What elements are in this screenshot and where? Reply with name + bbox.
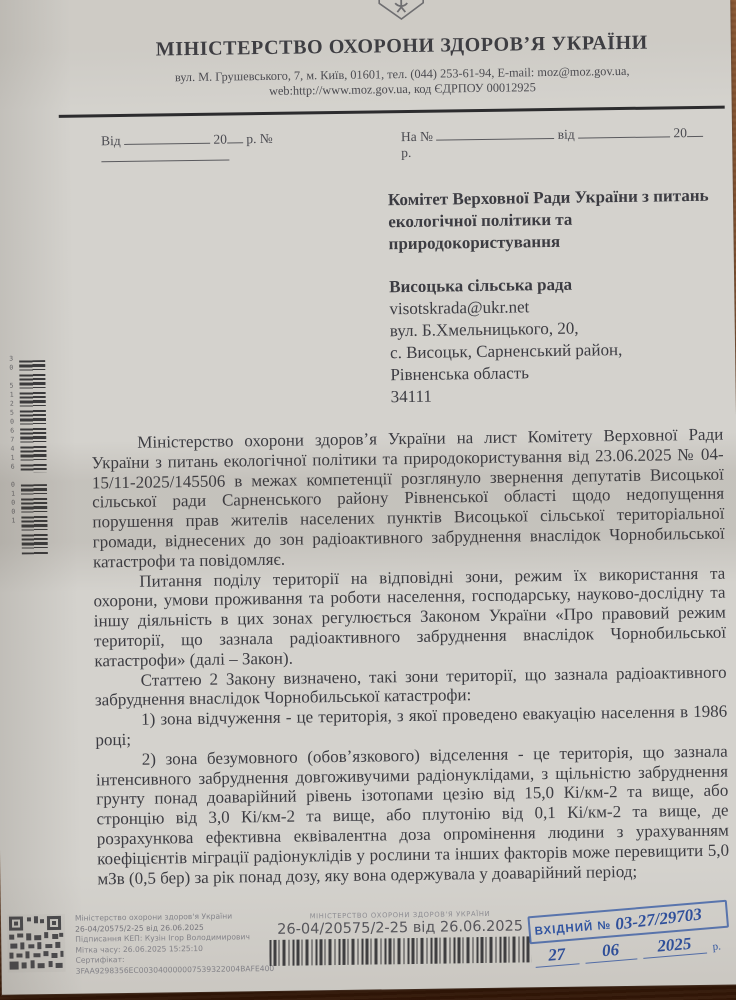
letterhead-divider xyxy=(59,106,725,118)
date-blank xyxy=(124,131,210,145)
qr-code xyxy=(7,914,66,973)
on-number-blank xyxy=(436,126,554,141)
on-number-label: На № xyxy=(401,129,433,144)
letter-body: Міністерство охорони здоров’я України на… xyxy=(91,425,729,889)
outgoing-reference: Від 20 р. № xyxy=(101,128,401,166)
edge-barcode-bars-top xyxy=(19,360,47,472)
recipient-zip: 34111 xyxy=(391,382,723,409)
recipient-committee: Комітет Верховної Ради України з питань … xyxy=(388,185,721,256)
edge-barcode: 30 5125067416 01001 xyxy=(7,352,50,561)
ministry-address: вул. М. Грушевського, 7, м. Київ, 01601,… xyxy=(86,63,718,102)
year-prefix: 20 xyxy=(213,132,227,147)
year-suffix: р. xyxy=(246,131,256,146)
recipient-block: Комітет Верховної Ради України з питань … xyxy=(388,185,723,409)
year-suffix-right: р. xyxy=(401,145,411,160)
digital-signature-block: Міністерство охорони здоров'я України 26… xyxy=(75,911,286,977)
letterhead-emblem-area xyxy=(85,0,717,23)
incoming-stamp-label: ВХІДНИЙ № xyxy=(534,919,612,937)
edge-barcode-digits: 30 5125067416 01001 xyxy=(7,355,17,555)
incoming-date-month: 06 xyxy=(584,938,638,963)
reg-stamp-number: 26-04/20575/2-25 від 26.06.2025 xyxy=(269,918,531,938)
scanned-letter-page: МІНІСТЕРСТВО ОХОРОНИ ЗДОРОВ’Я УКРАЇНИ ву… xyxy=(0,0,736,995)
sig-certificate: Сертифікат: 3FAA9298356EC003040000007539… xyxy=(75,953,285,977)
incoming-date-year: 2025 xyxy=(642,933,708,959)
from-label: Від xyxy=(101,133,121,148)
number-label: № xyxy=(260,131,273,146)
year-blank-right xyxy=(687,124,703,137)
incoming-stamp: ВХІДНИЙ № 03-27/29703 27 06 2025 р. xyxy=(527,900,731,969)
ministry-title: МІНІСТЕРСТВО ОХОРОНИ ЗДОРОВ’Я УКРАЇНИ xyxy=(86,31,718,63)
paragraph-intro: Міністерство охорони здоров’я України на… xyxy=(91,425,725,572)
paragraph-zone2: 2) зона безумовного (обов’язкового) відс… xyxy=(96,741,730,888)
incoming-stamp-number: 03-27/29703 xyxy=(614,904,703,934)
year-prefix-right: 20 xyxy=(673,125,687,140)
vid-date-blank xyxy=(578,124,670,138)
paragraph-law: Питання поділу території на відповідні з… xyxy=(93,563,726,671)
year-blank xyxy=(227,130,243,143)
incoming-date-day: 27 xyxy=(534,943,580,968)
vid-label: від xyxy=(558,127,575,142)
footer-stamps: Міністерство охорони здоров'я України 26… xyxy=(1,900,736,994)
reg-stamp-barcode xyxy=(269,936,531,966)
ukraine-trident-icon xyxy=(375,0,428,21)
incoming-date-suffix: р. xyxy=(712,940,721,953)
incoming-reference: На № від 20 р. xyxy=(401,124,714,161)
number-blank xyxy=(101,147,229,162)
registration-stamp: МІНІСТЕРСТВО ОХОРОНИ ЗДОРОВ'Я УКРАЇНИ 26… xyxy=(269,909,532,966)
reference-row: Від 20 р. № На № від 20 р. xyxy=(87,124,719,167)
edge-barcode-bars-bottom xyxy=(21,484,48,554)
